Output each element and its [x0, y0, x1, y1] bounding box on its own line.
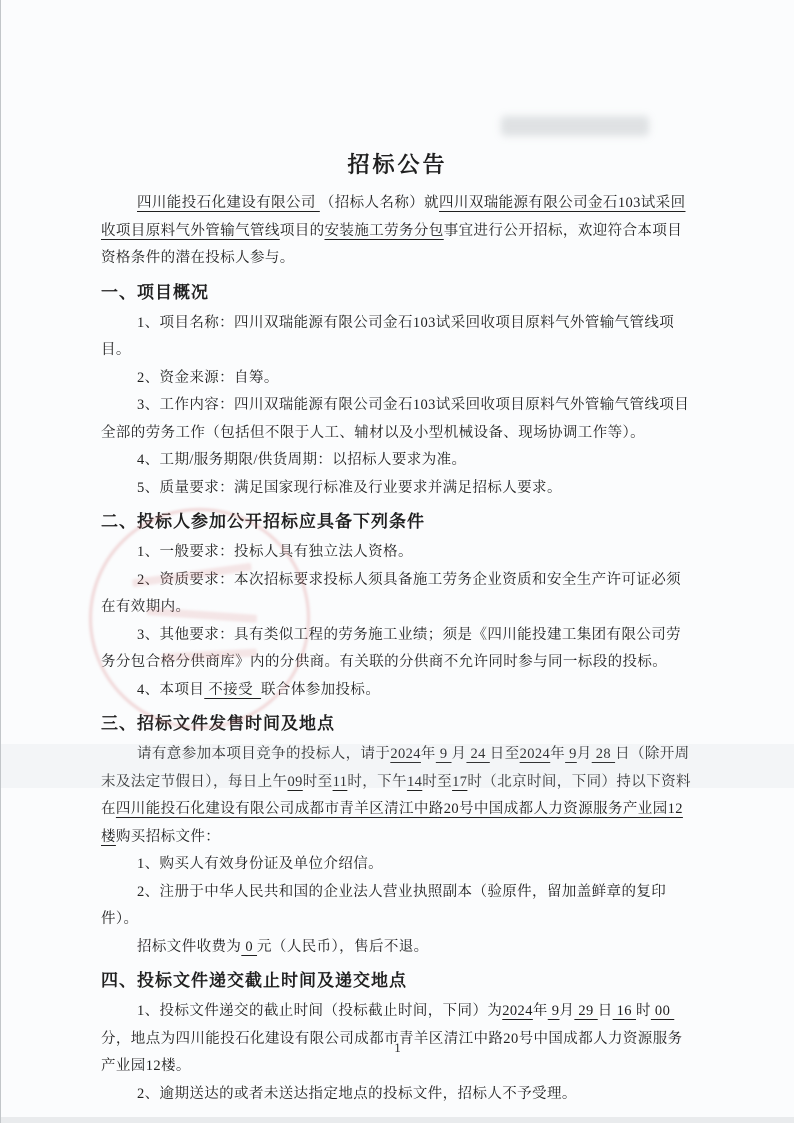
text-segment: 月: [452, 746, 467, 762]
text-segment: 元（人民币），售后不退。: [257, 939, 429, 955]
section-1-item-3: 3、工作内容：四川双瑞能源有限公司金石103试采回收项目原料气外管输气管线项目全…: [101, 392, 694, 447]
text-segment: 联合体参加投标。: [261, 682, 380, 698]
page-number: 1: [1, 1040, 794, 1056]
text-segment: 日: [598, 1003, 613, 1019]
text-segment: （招标人名称）就: [320, 195, 439, 211]
underlined-text-segment: 四川能投石化建设有限公司: [137, 195, 320, 211]
text-segment: 月: [577, 746, 592, 762]
section-4-item-2: 2、逾期送达的或者未送达指定地点的投标文件，招标人不予受理。: [101, 1081, 694, 1109]
section-3-fee-line: 招标文件收费为 0 元（人民币），售后不退。: [101, 934, 694, 962]
underlined-text-segment: 9: [565, 746, 577, 762]
text-segment: 1、投标文件递交的截止时间（投标截止时间，下同）为: [137, 1003, 502, 1019]
section-2-item-2: 2、资质要求：本次招标要求投标人须具备施工劳务企业资质和安全生产许可证必须在有效…: [101, 567, 694, 622]
section-2-item-4: 4、本项目 不接受 联合体参加投标。: [101, 677, 694, 705]
underlined-text-segment: 2024: [390, 746, 421, 762]
underlined-text-segment: 2024: [502, 1003, 533, 1019]
text-segment: 年: [421, 746, 436, 762]
underlined-text-segment: 9: [548, 1003, 560, 1019]
text-segment: 时: [636, 1003, 651, 1019]
text-segment: 年: [533, 1003, 548, 1019]
document-page: 招标公告 四川能投石化建设有限公司 （招标人名称）就四川双瑞能源有限公司金石10…: [0, 0, 794, 1123]
underlined-text-segment: 28: [592, 746, 615, 762]
text-segment: 年: [550, 746, 565, 762]
text-segment: 时，下午: [347, 774, 407, 790]
underlined-text-segment: 2024: [520, 746, 551, 762]
text-segment: 招标文件收费为: [137, 939, 241, 955]
section-4-heading: 四、投标文件递交截止时间及递交地点: [101, 966, 694, 996]
underlined-text-segment: 9: [436, 746, 452, 762]
underlined-text-segment: 0: [241, 939, 257, 955]
underlined-text-segment: 00: [651, 1003, 674, 1019]
underlined-text-segment: 09: [287, 774, 302, 790]
underlined-text-segment: 17: [452, 774, 467, 790]
intro-paragraph: 四川能投石化建设有限公司 （招标人名称）就四川双瑞能源有限公司金石103试采回收…: [101, 190, 694, 273]
text-segment: 购买招标文件：: [116, 829, 220, 845]
underlined-text-segment: 29: [574, 1003, 597, 1019]
underlined-text-segment: 不接受: [204, 682, 261, 698]
section-2-heading: 二、投标人参加公开招标应具备下列条件: [101, 507, 694, 537]
section-1-item-5: 5、质量要求：满足国家现行标准及行业要求并满足招标人要求。: [101, 475, 694, 503]
section-3-heading: 三、招标文件发售时间及地点: [101, 709, 694, 739]
section-1-heading: 一、项目概况: [101, 278, 694, 308]
section-1-item-4: 4、工期/服务期限/供货周期：以招标人要求为准。: [101, 447, 694, 475]
underlined-text-segment: 安装施工劳务分包: [325, 223, 444, 239]
underlined-text-segment: 24: [466, 746, 489, 762]
document-title: 招标公告: [101, 150, 694, 180]
section-3-item-1: 1、购买人有效身份证及单位介绍信。: [101, 851, 694, 879]
section-2-item-1: 1、一般要求：投标人具有独立法人资格。: [101, 539, 694, 567]
text-segment: 项目的: [280, 223, 325, 239]
section-2-item-3: 3、其他要求：具有类似工程的劳务施工业绩；须是《四川能投建工集团有限公司劳务分包…: [101, 622, 694, 677]
text-segment: 4、本项目: [137, 682, 204, 698]
text-segment: 日至: [490, 746, 520, 762]
text-segment: 时至: [422, 774, 452, 790]
bleedthrough-artifact: [501, 116, 649, 136]
section-3-paragraph: 请有意参加本项目竞争的投标人，请于2024年 9 月 24 日至2024年 9月…: [101, 741, 694, 851]
section-1-item-2: 2、资金来源：自筹。: [101, 365, 694, 393]
text-segment: 请有意参加本项目竞争的投标人，请于: [137, 746, 390, 762]
underlined-text-segment: 14: [407, 774, 422, 790]
section-1-item-1: 1、项目名称：四川双瑞能源有限公司金石103试采回收项目原料气外管输气管线项目。: [101, 310, 694, 365]
underlined-text-segment: 11: [333, 774, 348, 790]
underlined-text-segment: 16: [613, 1003, 636, 1019]
section-3-item-2: 2、注册于中华人民共和国的企业法人营业执照副本（验原件，留加盖鲜章的复印件）。: [101, 879, 694, 934]
text-segment: 时至: [303, 774, 333, 790]
text-segment: 月: [559, 1003, 574, 1019]
